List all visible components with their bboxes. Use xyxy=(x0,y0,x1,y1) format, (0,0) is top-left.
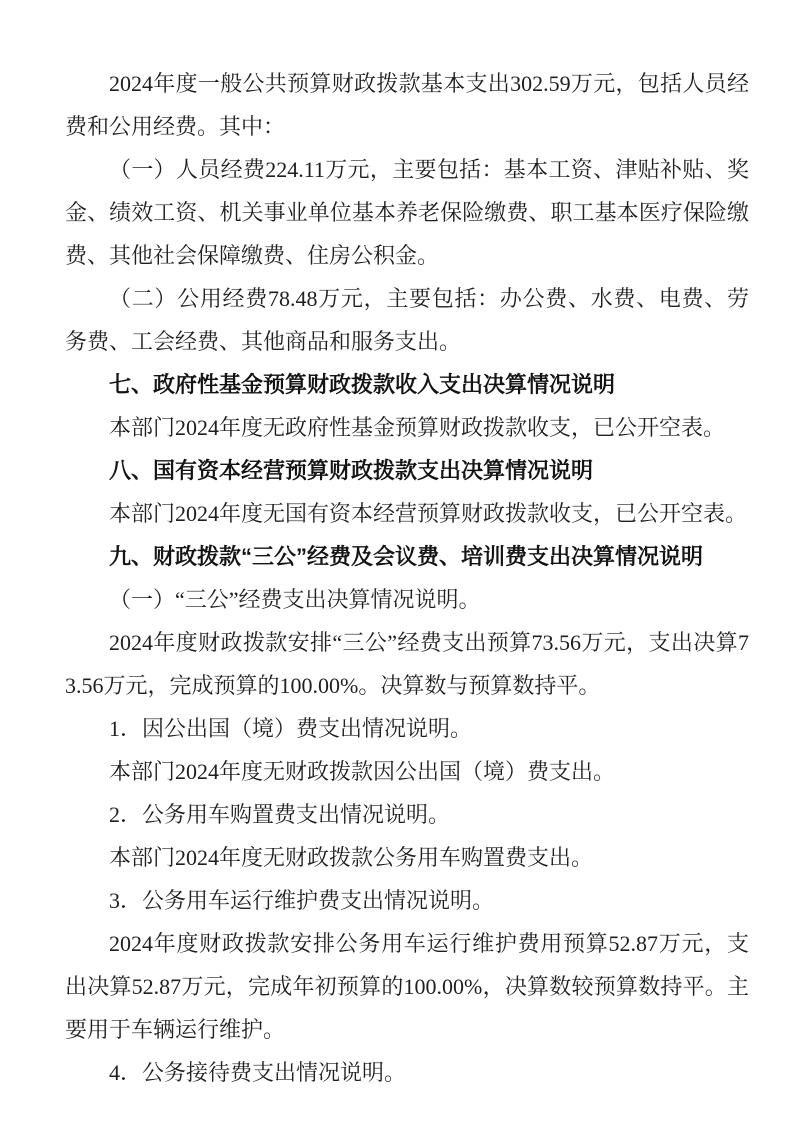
paragraph-item-1-title: 1．因公出国（境）费支出情况说明。 xyxy=(65,707,749,750)
paragraph-basic-expenditure: 2024年度一般公共预算财政拨款基本支出302.59万元，包括人员经费和公用经费… xyxy=(65,62,749,148)
paragraph-item-2-note: 本部门2024年度无财政拨款公务用车购置费支出。 xyxy=(65,836,749,879)
heading-section-9: 九、财政拨款“三公”经费及会议费、培训费支出决算情况说明 xyxy=(65,535,749,578)
paragraph-item-1-note: 本部门2024年度无财政拨款因公出国（境）费支出。 xyxy=(65,750,749,793)
heading-section-7: 七、政府性基金预算财政拨款收入支出决算情况说明 xyxy=(65,363,749,406)
paragraph-three-public-budget: 2024年度财政拨款安排“三公”经费支出预算73.56万元，支出决算73.56万… xyxy=(65,621,749,707)
paragraph-item-4-title: 4．公务接待费支出情况说明。 xyxy=(65,1051,749,1094)
paragraph-item-2-title: 2．公务用车购置费支出情况说明。 xyxy=(65,793,749,836)
paragraph-section-8-note: 本部门2024年度无国有资本经营预算财政拨款收支，已公开空表。 xyxy=(65,492,749,535)
paragraph-item-3-title: 3．公务用车运行维护费支出情况说明。 xyxy=(65,879,749,922)
heading-section-8: 八、国有资本经营预算财政拨款支出决算情况说明 xyxy=(65,449,749,492)
paragraph-section-7-note: 本部门2024年度无政府性基金预算财政拨款收支，已公开空表。 xyxy=(65,406,749,449)
paragraph-three-public-intro: （一）“三公”经费支出决算情况说明。 xyxy=(65,578,749,621)
paragraph-public-funds: （二）公用经费78.48万元，主要包括：办公费、水费、电费、劳务费、工会经费、其… xyxy=(65,277,749,363)
document-page: 2024年度一般公共预算财政拨款基本支出302.59万元，包括人员经费和公用经费… xyxy=(0,0,793,1122)
paragraph-item-3-detail: 2024年度财政拨款安排公务用车运行维护费用预算52.87万元，支出决算52.8… xyxy=(65,922,749,1051)
paragraph-personnel-funds: （一）人员经费224.11万元，主要包括：基本工资、津贴补贴、奖金、绩效工资、机… xyxy=(65,148,749,277)
